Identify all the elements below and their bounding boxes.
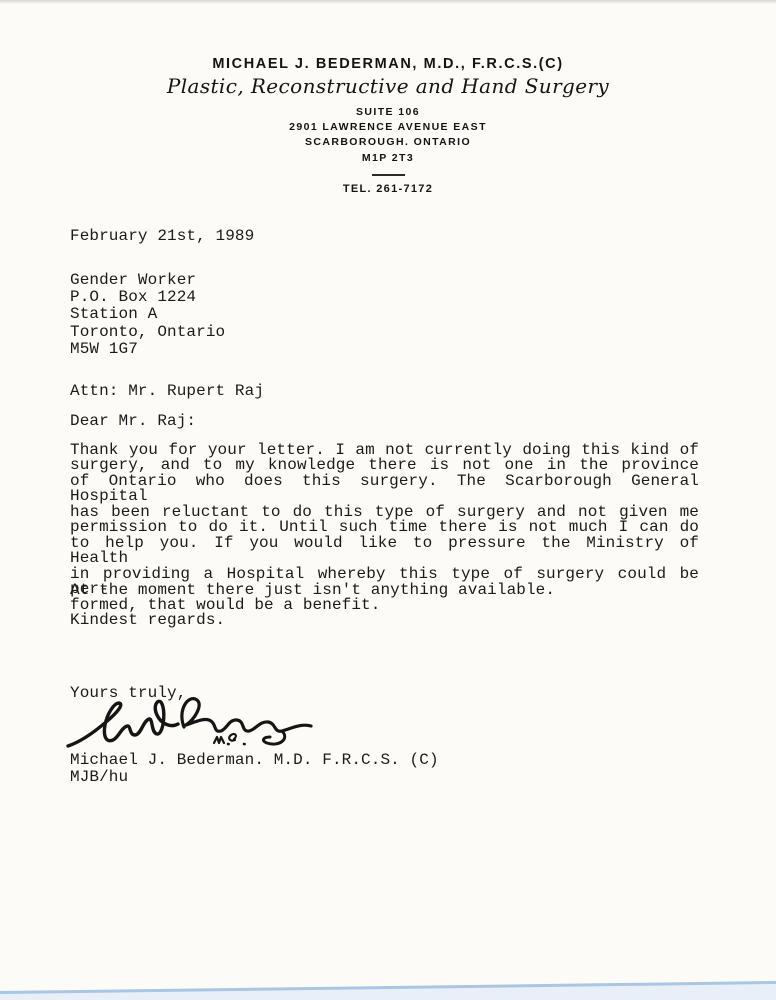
- body-paragraph-2: At the moment there just isn't anything …: [70, 581, 555, 599]
- letterhead-phone: TEL. 261-7172: [0, 183, 776, 195]
- letterhead: MICHAEL J. BEDERMAN, M.D., F.R.C.S.(C) P…: [0, 56, 776, 195]
- letter-date: February 21st, 1989: [70, 227, 254, 245]
- scan-bottom-edge: [0, 970, 776, 1000]
- letter-page: MICHAEL J. BEDERMAN, M.D., F.R.C.S.(C) P…: [0, 0, 776, 1000]
- text-line: M1P 2T3: [0, 151, 776, 166]
- body-paragraph-3: Kindest regards.: [70, 611, 225, 629]
- text-line: Station A: [70, 306, 225, 323]
- text-line: M5W 1G7: [70, 341, 225, 358]
- text-line: to help you. If you would like to pressu…: [70, 536, 699, 567]
- letterhead-address: SUITE 1062901 LAWRENCE AVENUE EASTSCARBO…: [0, 105, 776, 166]
- text-line: SUITE 106: [0, 105, 776, 120]
- salutation: Dear Mr. Raj:: [70, 412, 196, 430]
- text-line: of Ontario who does this surgery. The Sc…: [70, 474, 699, 505]
- letterhead-doctor-name: MICHAEL J. BEDERMAN, M.D., F.R.C.S.(C): [0, 56, 776, 72]
- letterhead-specialty: Plastic, Reconstructive and Hand Surgery: [0, 74, 776, 98]
- reference-initials: MJB/hu: [70, 768, 128, 786]
- attention-line: Attn: Mr. Rupert Raj: [70, 382, 264, 400]
- text-line: P.O. Box 1224: [70, 289, 225, 306]
- scan-top-edge: [0, 0, 776, 4]
- text-line: Gender Worker: [70, 272, 225, 289]
- text-line: 2901 LAWRENCE AVENUE EAST: [0, 120, 776, 135]
- typed-signature-name: Michael J. Bederman. M.D. F.R.C.S. (C): [70, 751, 439, 769]
- letterhead-divider: [372, 174, 405, 176]
- text-line: Toronto, Ontario: [70, 324, 225, 341]
- signature-image: [64, 692, 316, 754]
- text-line: SCARBOROUGH. ONTARIO: [0, 135, 776, 150]
- recipient-address-block: Gender WorkerP.O. Box 1224Station AToron…: [70, 272, 225, 358]
